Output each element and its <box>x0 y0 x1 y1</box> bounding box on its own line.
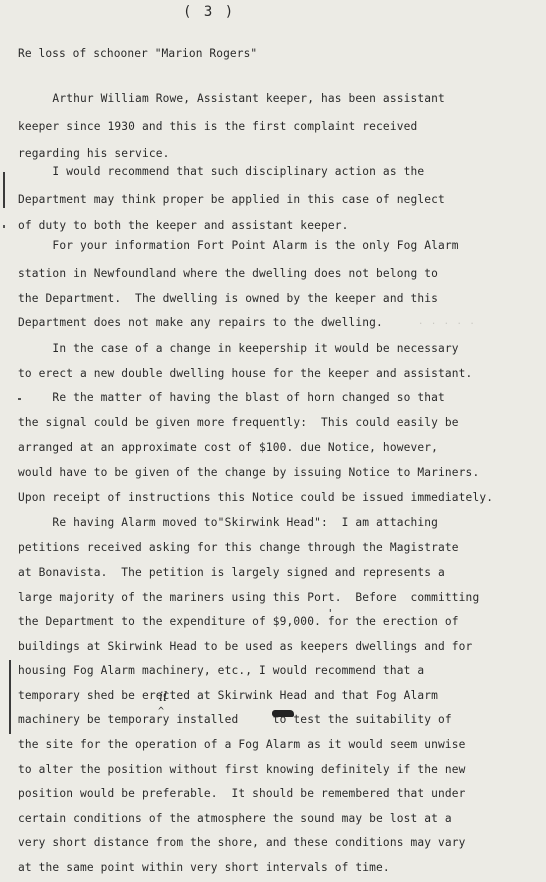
text-line: at Bonavista. The petition is largely si… <box>18 566 445 580</box>
text-line: position would be preferable. It should … <box>18 787 466 801</box>
text-line: the Department. The dwelling is owned by… <box>18 292 438 306</box>
margin-line-mark <box>9 660 11 734</box>
text-line: the site for the operation of a Fog Alar… <box>18 738 466 752</box>
text-line: Arthur William Rowe, Assistant keeper, h… <box>18 92 445 106</box>
text-line: buildings at Skirwink Head to be used as… <box>18 640 472 654</box>
text-line: petitions received asking for this chang… <box>18 541 459 555</box>
margin-tick-mark <box>18 398 21 400</box>
text-line: I would recommend that such disciplinary… <box>18 165 424 179</box>
text-line: to alter the position without first know… <box>18 763 466 777</box>
text-line: For your information Fort Point Alarm is… <box>18 239 459 253</box>
text-line: Upon receipt of instructions this Notice… <box>18 491 493 505</box>
margin-tick-mark <box>3 225 5 228</box>
struck-out-word <box>272 710 294 717</box>
text-line: certain conditions of the atmosphere the… <box>18 812 452 826</box>
text-line: to erect a new double dwelling house for… <box>18 367 472 381</box>
handwritten-apostrophe: ' <box>327 607 334 620</box>
text-line: of duty to both the keeper and assistant… <box>18 219 349 233</box>
text-line: housing Fog Alarm machinery, etc., I wou… <box>18 664 424 678</box>
faint-stamp-mark: . . . . . <box>418 317 476 327</box>
text-line: keeper since 1930 and this is the first … <box>18 120 417 134</box>
text-line: In the case of a change in keepership it… <box>18 342 459 356</box>
margin-line-mark <box>3 172 5 208</box>
text-line: at the same point within very short inte… <box>18 861 390 875</box>
text-line: Re having Alarm moved to"Skirwink Head":… <box>18 516 438 530</box>
page-number: ( 3 ) <box>183 4 235 20</box>
text-line: Re the matter of having the blast of hor… <box>18 391 445 405</box>
text-line: arranged at an approximate cost of $100.… <box>18 441 438 455</box>
text-line: the signal could be given more frequentl… <box>18 416 459 430</box>
text-line: very short distance from the shore, and … <box>18 836 466 850</box>
text-line: Department may think proper be applied i… <box>18 193 445 207</box>
text-line: would have to be given of the change by … <box>18 466 479 480</box>
text-line: machinery be temporary installed to test… <box>18 713 452 727</box>
handwritten-insertion: il <box>159 690 167 705</box>
text-line: regarding his service. <box>18 147 169 161</box>
text-line: station in Newfoundland where the dwelli… <box>18 267 438 281</box>
document-page: ( 3 ) Re loss of schooner "Marion Rogers… <box>0 0 546 882</box>
text-line: temporary shed be erected at Skirwink He… <box>18 689 438 703</box>
text-line: Department does not make any repairs to … <box>18 316 383 330</box>
text-line: large majority of the mariners using thi… <box>18 591 479 605</box>
insertion-caret: ^ <box>158 706 164 717</box>
subject-line: Re loss of schooner "Marion Rogers" <box>18 47 257 60</box>
text-line: the Department to the expenditure of $9,… <box>18 615 459 629</box>
